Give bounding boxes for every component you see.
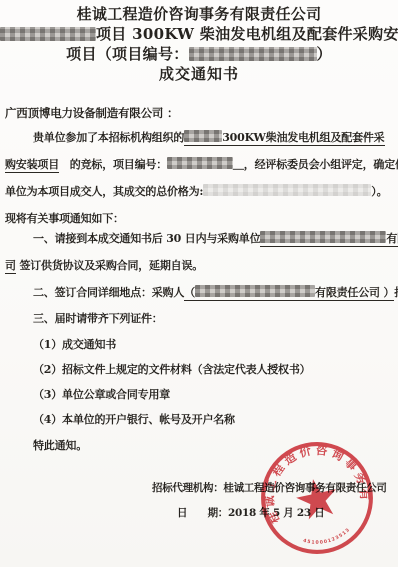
list-item-2: （2）招标文件上规定的文件材料（含法定代表人授权书） (33, 362, 310, 377)
body-text: 贵单位参加了本招标机构组织的 (33, 131, 184, 144)
redacted-text (167, 157, 233, 169)
body-text: 一、请接到本成交通知书后 30 日内与采购单位 (33, 232, 260, 245)
list-item-1: （1）成交通知书 (33, 337, 116, 352)
project-number-prefix: 项目（项目编号： (66, 45, 188, 63)
closing-phrase: 特此通知。 (33, 438, 87, 453)
redacted-project-name (0, 27, 96, 41)
list-item-3: （3）单位公章或合同专用章 (33, 387, 170, 402)
body-paragraph-line-3: 单位为本项目成交人，其成交的总价格为:）。 (5, 184, 387, 199)
section-2-line: 二、签订合同详细地点：采购人（有限责任公司 ）指定地点。 (33, 285, 398, 300)
redacted-project-number (189, 47, 317, 61)
project-number-line: 项目（项目编号：） (0, 47, 398, 62)
section-1-line-1: 一、请接到本成交通知书后 30 日内与采购单位有限责任公 (33, 231, 398, 246)
notice-intro: 现将有关事项通知如下： (5, 211, 124, 226)
body-text: 的竞标，项目编号： (59, 158, 167, 171)
redacted-total-price (203, 184, 371, 196)
underlined-segment: 司 (5, 259, 16, 274)
section-3-line: 三、届时请带齐下列证件： (33, 311, 163, 326)
underlined-segment: （有限责任公司 ） (184, 286, 394, 301)
redacted-text (184, 130, 222, 142)
body-text: 签订供货协议及采购合同，延期自误。 (16, 259, 203, 272)
body-text: ＿，经评标委员会小组评定，确定你 (233, 158, 398, 171)
underlined-segment: 有限责任公 (260, 232, 398, 247)
project-number-suffix: ） (317, 45, 332, 63)
body-text: （ (184, 286, 195, 299)
body-text: ）。 (371, 185, 387, 198)
project-title-text: 项目 300KW 柴油发电机组及配套件采购安装 (96, 25, 398, 43)
underlined-segment: 购安装项目 (5, 158, 59, 173)
body-text: 有限责任公 (386, 232, 398, 245)
body-text: 单位为本项目成交人，其成交的总价格为: (5, 185, 203, 198)
body-paragraph-line-1: 贵单位参加了本招标机构组织的300KW柴油发电机组及配套件采 (33, 130, 385, 145)
body-text: 指定地点。 (394, 286, 398, 299)
body-text: 300KW柴油发电机组及配套件采 (222, 131, 384, 144)
redacted-purchaser-name (195, 285, 315, 297)
body-text: 有限责任公司 ） (315, 286, 394, 299)
document-type-title: 成交通知书 (0, 67, 398, 82)
recipient-company: 广西顶博电力设备制造有限公司 ： (5, 106, 178, 121)
agency-title-line: 桂诚工程造价咨询事务有限责任公司 (0, 7, 398, 22)
company-seal-stamp: 桂诚工程造价咨询事务有限责任公司 4510001235130 (246, 427, 388, 567)
section-1-line-2: 司 签订供货协议及采购合同，延期自误。 (5, 258, 203, 273)
redacted-purchaser-name (260, 231, 386, 243)
underlined-segment: 300KW柴油发电机组及配套件采 (184, 131, 384, 146)
body-text: 二、签订合同详细地点：采购人 (33, 286, 184, 299)
body-paragraph-line-2: 购安装项目 的竞标，项目编号：＿，经评标委员会小组评定，确定你 (5, 157, 398, 172)
seal-star-icon (293, 475, 341, 521)
list-item-4: （4）本单位的开户银行、帐号及开户名称 (33, 412, 235, 427)
project-title-line: 项目 300KW 柴油发电机组及配套件采购安装 (0, 27, 398, 42)
scanned-award-notice-document: 桂诚工程造价咨询事务有限责任公司 项目 300KW 柴油发电机组及配套件采购安装… (0, 0, 398, 567)
